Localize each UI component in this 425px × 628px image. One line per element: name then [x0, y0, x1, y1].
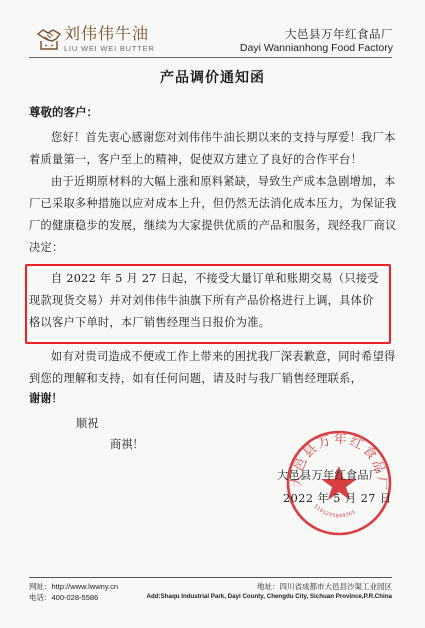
brand-name-cn: 刘伟伟牛油: [64, 25, 155, 43]
signature-company: 大邑县万年红食品厂: [277, 467, 380, 483]
header-divider: [29, 57, 392, 58]
paragraph-apology: 如有对贵司造成不便或工作上带来的困扰我厂深表歉意，同时希望得到您的理解和支持，如…: [29, 346, 399, 390]
closing-regards: 顺祝: [76, 415, 98, 431]
brand-name-en: LIU WEI WEI BUTTER: [64, 44, 155, 53]
website-link[interactable]: http://www.lwwny.cn: [52, 582, 119, 591]
footer-phone: 电话：400-028-5586: [29, 592, 118, 603]
footer-address-en: Add:Shaqu Industrial Park, Dayi County, …: [147, 593, 392, 600]
paragraph-greeting: 您好！首先衷心感谢您对刘伟伟牛油长期以来的支持与厚爱！我厂本着质量第一，客户至上…: [29, 127, 399, 171]
closing-business: 商祺！: [110, 436, 144, 452]
notice-letter-page: 刘伟伟牛油 LIU WEI WEI BUTTER 大邑县万年红食品厂 Dayi …: [0, 0, 425, 628]
company-seal-icon: 大邑县万年红食品厂 5101295049265: [284, 428, 394, 538]
footer-contact: 网址：http://www.lwwny.cn 电话：400-028-5586: [29, 581, 118, 603]
paragraph-reason-text: 由于近期原材料的大幅上涨和原料紧缺，导致生产成本急剧增加，本厂已采取多种措施以应…: [29, 175, 397, 254]
handshake-icon: [36, 25, 62, 51]
document-title: 产品调价通知函: [0, 67, 425, 87]
salutation: 尊敬的客户：: [29, 104, 98, 120]
paragraph-decision: 自 2022 年 5 月 27 日起，不接受大量订单和账期交易（只接受现款现货交…: [29, 268, 384, 334]
website-label: 网址：: [29, 582, 52, 591]
company-name-en: Dayi Wannianhong Food Factory: [240, 41, 393, 55]
paragraph-apology-text: 如有对贵司造成不便或工作上带来的困扰我厂深表歉意，同时希望得到您的理解和支持，如…: [29, 350, 396, 385]
footer-website: 网址：http://www.lwwny.cn: [29, 581, 118, 592]
phone-label: 电话：: [29, 593, 52, 602]
company-header: 大邑县万年红食品厂 Dayi Wannianhong Food Factory: [240, 27, 393, 55]
paragraph-reason: 由于近期原材料的大幅上涨和原料紧缺，导致生产成本急剧增加，本厂已采取多种措施以应…: [29, 171, 399, 259]
brand-logo: 刘伟伟牛油 LIU WEI WEI BUTTER: [36, 25, 155, 53]
paragraph-greeting-text: 您好！首先衷心感谢您对刘伟伟牛油长期以来的支持与厚爱！我厂本着质量第一，客户至上…: [29, 131, 396, 166]
company-name-cn: 大邑县万年红食品厂: [240, 27, 393, 41]
address-cn-text: 四川省成都市大邑县沙渠工业园区: [280, 582, 393, 591]
footer-divider: [29, 577, 392, 578]
thanks-text: 谢谢！: [29, 390, 63, 406]
paragraph-decision-text: 自 2022 年 5 月 27 日起，不接受大量订单和账期交易（只接受现款现货交…: [29, 272, 379, 329]
phone-number: 400-028-5586: [52, 593, 99, 602]
footer-address-cn: 地址：四川省成都市大邑县沙渠工业园区: [257, 581, 392, 592]
address-label: 地址：: [257, 582, 280, 591]
signature-date: 2022 年 5 月 27 日: [283, 490, 392, 506]
